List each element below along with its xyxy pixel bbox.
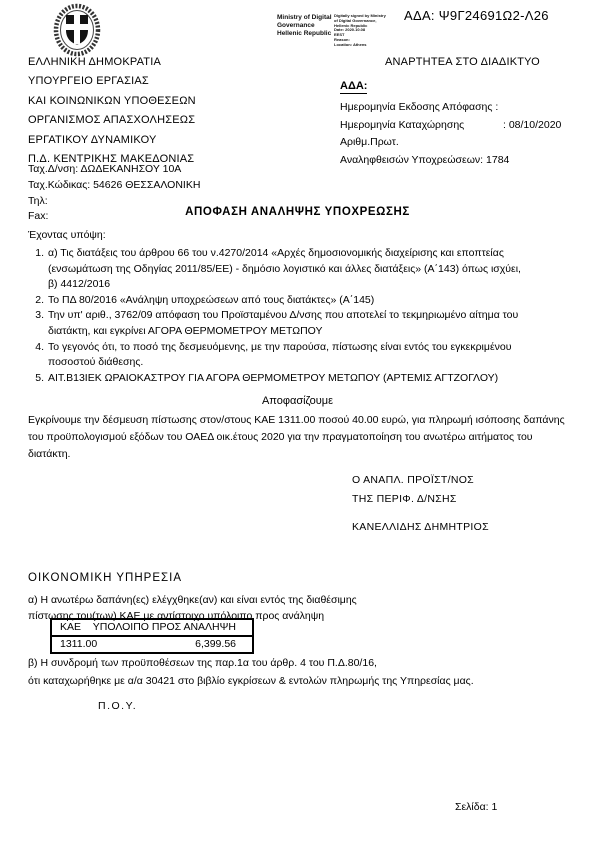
org-line: ΕΡΓΑΤΙΚΟΥ ΔΥΝΑΜΙΚΟΥ [28,131,196,150]
list-item-text: Το ΠΔ 80/2016 «Ανάληψη υποχρεώσεων από τ… [48,293,557,309]
kae-column-header: ΚΑΕ [60,621,81,633]
signatory-title-line: Ο ΑΝΑΠΛ. ΠΡΟΪΣΤ/ΝΟΣ [352,471,474,490]
list-item-text: Το γεγονός ότι, το ποσό της δεσμευόμενης… [48,340,557,371]
org-line: ΥΠΟΥΡΓΕΙΟ ΕΡΓΑΣΙΑΣ [28,72,196,91]
document-page: ΑΔΑ: Ψ9Γ24691Ω2-Λ26 Ministry of Digital … [0,0,595,842]
ada-code-top: ΑΔΑ: Ψ9Γ24691Ω2-Λ26 [404,8,549,23]
obligations-label: Αναληφθεισών Υποχρεώσεων: [340,152,483,170]
signature-detail-line: Location: Athens [334,43,386,48]
decision-heading: Αποφασίζουμε [0,395,595,407]
registration-date-row: Ημερομηνία Καταχώρησης : 08/10/2020 [340,117,561,135]
ada-label: ΑΔΑ: [340,80,367,94]
org-line: ΚΑΙ ΚΟΙΝΩΝΙΚΩΝ ΥΠΟΘΕΣΕΩΝ [28,92,196,111]
list-item: 1. α) Τις διατάξεις του άρθρου 66 του ν.… [30,246,557,293]
kae-table: ΚΑΕ ΥΠΟΛΟΙΠΟ ΠΡΟΣ ΑΝΑΛΗΨΗ 1311.00 6,399.… [50,618,254,654]
balance-value: 6,399.56 [195,638,244,650]
list-item: 5. ΑΙΤ.Β13ΙΕΚ ΩΡΑΙΟΚΑΣΤΡΟΥ ΓΙΑ ΑΓΟΡΑ ΘΕΡ… [30,371,557,387]
list-item-text: Την υπ' αριθ., 3762/09 απόφαση του Προϊσ… [48,308,557,339]
signatory-name: ΚΑΝΕΛΛΙΔΗΣ ΔΗΜΗΤΡΙΟΣ [352,521,489,533]
list-item-text: α) Τις διατάξεις του άρθρου 66 του ν.427… [48,246,557,293]
list-item-number: 4. [30,340,44,371]
having-regard-list: 1. α) Τις διατάξεις του άρθρου 66 του ν.… [30,246,557,386]
org-line: ΕΛΛΗΝΙΚΗ ΔΗΜΟΚΡΑΤΙΑ [28,53,196,72]
postal-code: Ταχ.Κώδικας: 54626 ΘΕΣΣΑΛΟΝΙΚΗ [28,178,200,194]
having-regard-intro: Έχοντας υπόψη: [28,229,106,241]
registration-info-block: Ημερομηνία Εκδοσης Απόφασης : Ημερομηνία… [340,99,561,169]
financial-paragraph-b: β) Η συνδρομή των προϋποθέσεων της παρ.1… [28,655,548,690]
kae-code-value: 1311.00 [60,638,97,650]
ministry-name-line: Ministry of Digital [277,14,332,22]
issuing-authority-block: ΕΛΛΗΝΙΚΗ ΔΗΜΟΚΡΑΤΙΑ ΥΠΟΥΡΓΕΙΟ ΕΡΓΑΣΙΑΣ Κ… [28,53,196,169]
list-item-number: 3. [30,308,44,339]
org-line: ΟΡΓΑΝΙΣΜΟΣ ΑΠΑΣΧΟΛΗΣΕΩΣ [28,111,196,130]
list-item-number: 1. [30,246,44,293]
obligations-value: 1784 [483,152,509,170]
balance-column-header: ΥΠΟΛΟΙΠΟ ΠΡΟΣ ΑΝΑΛΗΨΗ [93,621,244,633]
protocol-number-label: Αριθμ.Πρωτ. [340,134,399,152]
kae-table-header-row: ΚΑΕ ΥΠΟΛΟΙΠΟ ΠΡΟΣ ΑΝΑΛΗΨΗ [52,620,252,637]
list-item: 3. Την υπ' αριθ., 3762/09 απόφαση του Πρ… [30,308,557,339]
anartitea-label: ΑΝΑΡΤΗΤΕΑ ΣΤΟ ΔΙΑΔΙΚΤΥΟ [385,56,540,68]
list-item-number: 2. [30,293,44,309]
registration-date-value: : 08/10/2020 [503,117,561,135]
poy-label: Π.Ο.Υ. [98,700,137,712]
list-item: 2. Το ΠΔ 80/2016 «Ανάληψη υποχρεώσεων απ… [30,293,557,309]
ministry-name-line: Governance [277,22,332,30]
signatory-title-block: Ο ΑΝΑΠΛ. ΠΡΟΪΣΤ/ΝΟΣ ΤΗΣ ΠΕΡΙΦ. Δ/ΝΣΗΣ [352,471,474,509]
protocol-number-row: Αριθμ.Πρωτ. [340,134,561,152]
list-item: 4. Το γεγονός ότι, το ποσό της δεσμευόμε… [30,340,557,371]
kae-table-data-row: 1311.00 6,399.56 [52,637,252,652]
digital-signature-stamp: Ministry of Digital Governance Hellenic … [277,14,332,38]
signatory-title-line: ΤΗΣ ΠΕΡΙΦ. Δ/ΝΣΗΣ [352,490,474,509]
list-item-number: 5. [30,371,44,387]
ministry-name-line: Hellenic Republic [277,30,332,38]
signature-details: Digitally signed by Ministry of Digital … [334,14,386,48]
page-number: Σελίδα: 1 [455,801,497,813]
greek-coat-of-arms-icon [46,2,108,58]
financial-service-heading: ΟΙΚΟΝΟΜΙΚΗ ΥΠΗΡΕΣΙΑ [28,572,182,584]
issue-date-row: Ημερομηνία Εκδοσης Απόφασης : [340,99,561,117]
decision-body: Εγκρίνουμε την δέσμευση πίστωσης στον/στ… [28,412,568,463]
issue-date-label: Ημερομηνία Εκδοσης Απόφασης : [340,99,498,117]
postal-address: Ταχ.Δ/νση: ΔΩΔΕΚΑΝΗΣΟΥ 10Α [28,162,200,178]
obligations-row: Αναληφθεισών Υποχρεώσεων: 1784 [340,152,561,170]
list-item-text: ΑΙΤ.Β13ΙΕΚ ΩΡΑΙΟΚΑΣΤΡΟΥ ΓΙΑ ΑΓΟΡΑ ΘΕΡΜΟΜ… [48,371,557,387]
document-title: ΑΠΟΦΑΣΗ ΑΝΑΛΗΨΗΣ ΥΠΟΧΡΕΩΣΗΣ [0,206,595,218]
registration-date-label: Ημερομηνία Καταχώρησης [340,117,503,135]
